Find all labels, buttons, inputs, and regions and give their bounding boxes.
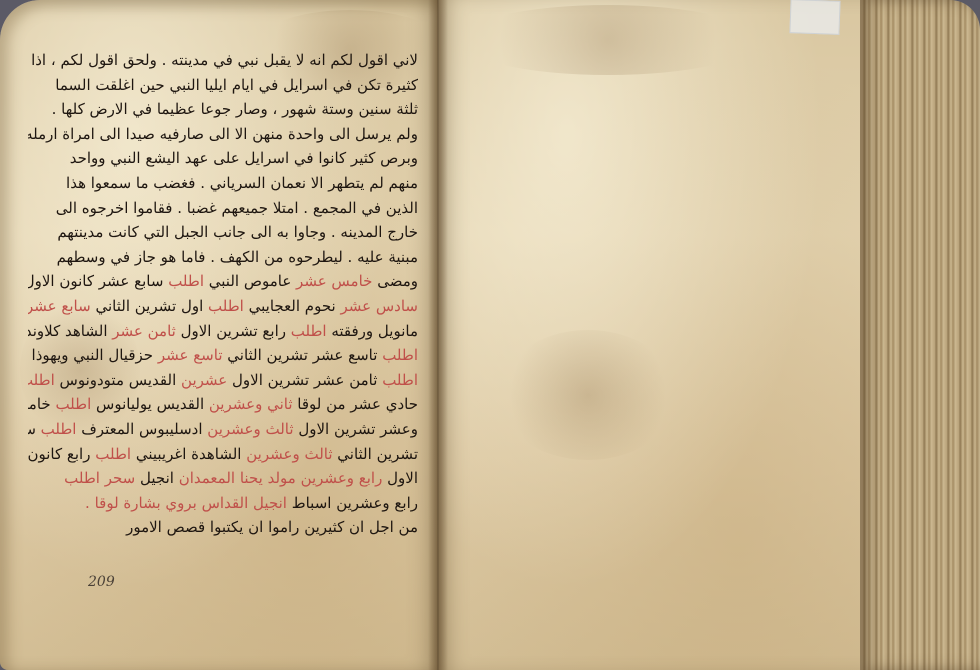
body-text: اول تشرين الثاني [91, 297, 204, 315]
rubric-text: تاسع عشر [153, 346, 222, 364]
manuscript-line: منهم لم يتطهر الا نعمان السرياني . فغضب … [28, 171, 418, 196]
rubric-text: رابع وعشرين مولد يحنا المعمدان [174, 469, 382, 487]
manuscript-line: خارج المدينه . وجاوا به الى جانب الجبل ا… [28, 220, 418, 245]
rubric-text: اطلب [377, 346, 418, 364]
repair-tape [789, 0, 840, 35]
rubric-text: سابع عشر [28, 297, 91, 315]
body-text: حزقيال النبي ويهوذا الرسول [28, 346, 153, 364]
manuscript-line: اطلب ثامن عشر تشرين الاول عشرين القديس م… [28, 368, 418, 393]
body-text: الشاهد كلاونديوس [28, 322, 107, 340]
body-text: مانويل ورفقته [327, 322, 418, 340]
body-text: وعشر تشرين الاول [294, 420, 418, 438]
manuscript-line: ولم يرسل الى واحدة منهن الا الى صارفيه ص… [28, 122, 418, 147]
rubric-text: اطلب [51, 395, 92, 413]
rubric-text: اطلب [90, 445, 131, 463]
body-text: نحوم العجايبي [244, 297, 336, 315]
manuscript-line: الذين في المجمع . امتلا جميعهم غضبا . فق… [28, 196, 418, 221]
rubric-text: سادس عشر [336, 297, 418, 315]
body-text: مبنية عليه . ليطرحوه من الكهف . فاما هو … [57, 248, 418, 266]
body-text: خامس [28, 395, 51, 413]
body-text: رابع تشرين الاول [176, 322, 286, 340]
folio-number: 209 [88, 574, 115, 590]
book-gutter [428, 0, 448, 670]
body-text: ومضى [372, 272, 418, 290]
rubric-text: ثامن عشر [107, 322, 175, 340]
page-edges [860, 0, 980, 670]
manuscript-line: اطلب تاسع عشر تشرين الثاني تاسع عشر حزقي… [28, 343, 418, 368]
body-text: ادسليبوس المعترف [76, 420, 202, 438]
body-text: منهم لم يتطهر الا نعمان السرياني . فغضب … [66, 174, 418, 192]
rubric-text: اطلب [286, 322, 327, 340]
manuscript-line: سادس عشر نحوم العجايبي اطلب اول تشرين ال… [28, 294, 418, 319]
body-text: حادي عشر من لوقا [293, 395, 418, 413]
manuscript-line: حادي عشر من لوقا ثاني وعشرين القديس يولي… [28, 392, 418, 417]
body-text: رابع وعشرين اسباط [287, 494, 418, 512]
manuscript-line: رابع وعشرين اسباط انجيل القداس بروي بشار… [28, 491, 418, 516]
body-text: رابع كانون [28, 445, 90, 463]
body-text: انجيل [135, 469, 174, 487]
manuscript-line: الاول رابع وعشرين مولد يحنا المعمدان انج… [28, 466, 418, 491]
body-text: الاول [382, 469, 418, 487]
body-text: كثيرة تكن في اسرايل في ايام ايليا النبي … [55, 76, 418, 94]
right-page: الثلثين اسحق البار اطلب عاشر كانون الثان… [438, 0, 868, 670]
body-text: تشرين الثاني [333, 445, 418, 463]
rubric-text: اطلب [163, 272, 204, 290]
rubric-text: ثاني وعشرين [204, 395, 292, 413]
manuscript-line: مبنية عليه . ليطرحوه من الكهف . فاما هو … [28, 245, 418, 270]
manuscript-line: ومضى خامس عشر عاموص النبي اطلب سابع عشر … [28, 269, 418, 294]
rubric-text: عشرين [176, 371, 227, 389]
body-text: القديس يوليانوس [91, 395, 204, 413]
body-text: ثلثة سنين وستة شهور ، وصار جوعا عظيما في… [52, 100, 418, 118]
manuscript-line: مانويل ورفقته اطلب رابع تشرين الاول ثامن… [28, 319, 418, 344]
body-text: القديس متودونوس [55, 371, 177, 389]
rubric-text: اطلب [377, 371, 418, 389]
manuscript-line: تشرين الثاني ثالث وعشرين الشاهدة اغريبين… [28, 442, 418, 467]
rubric-text: خامس عشر [291, 272, 372, 290]
rubric-text: ثالث وعشرين [203, 420, 294, 438]
rubric-text: اطلب [36, 420, 77, 438]
rubric-text: اطلب [28, 371, 55, 389]
body-text: تاسع عشر تشرين الثاني [223, 346, 378, 364]
manuscript-line: وبرص كثير كانوا في اسرايل على عهد اليشع … [28, 146, 418, 171]
water-stain [458, 5, 758, 75]
body-text: ثامن عشر تشرين الاول [227, 371, 377, 389]
manuscript-spread: لاني اقول لكم انه لا يقبل نبي في مدينته … [0, 0, 980, 670]
manuscript-line: لاني اقول لكم انه لا يقبل نبي في مدينته … [28, 48, 418, 73]
body-text: وبرص كثير كانوا في اسرايل على عهد اليشع … [70, 149, 418, 167]
body-text: خارج المدينه . وجاوا به الى جانب الجبل ا… [57, 223, 418, 241]
rubric-text: سحر اطلب [64, 469, 135, 487]
rubric-text: اطلب [203, 297, 244, 315]
body-text: الشاهدة اغريبيني [131, 445, 241, 463]
body-text: عاموص النبي [204, 272, 291, 290]
rubric-text: ثالث وعشرين [241, 445, 332, 463]
body-text: سادس [28, 420, 36, 438]
rubric-text: انجيل القداس بروي بشارة لوقا . [85, 494, 287, 512]
manuscript-line: ثلثة سنين وستة شهور ، وصار جوعا عظيما في… [28, 97, 418, 122]
body-text: لاني اقول لكم انه لا يقبل نبي في مدينته … [28, 51, 418, 69]
body-text: الذين في المجمع . امتلا جميعهم غضبا . فق… [56, 199, 418, 217]
manuscript-line: من اجل ان كثيرين راموا ان يكتبوا قصص الا… [28, 515, 418, 540]
water-stain [498, 330, 678, 460]
body-text: سابع عشر كانون الاول [28, 272, 163, 290]
manuscript-line: وعشر تشرين الاول ثالث وعشرين ادسليبوس ال… [28, 417, 418, 442]
manuscript-line: كثيرة تكن في اسرايل في ايام ايليا النبي … [28, 73, 418, 98]
body-text: من اجل ان كثيرين راموا ان يكتبوا قصص الا… [126, 518, 418, 536]
left-page: لاني اقول لكم انه لا يقبل نبي في مدينته … [0, 0, 438, 670]
left-page-text: لاني اقول لكم انه لا يقبل نبي في مدينته … [28, 48, 418, 540]
body-text: ولم يرسل الى واحدة منهن الا الى صارفيه ص… [28, 125, 418, 143]
